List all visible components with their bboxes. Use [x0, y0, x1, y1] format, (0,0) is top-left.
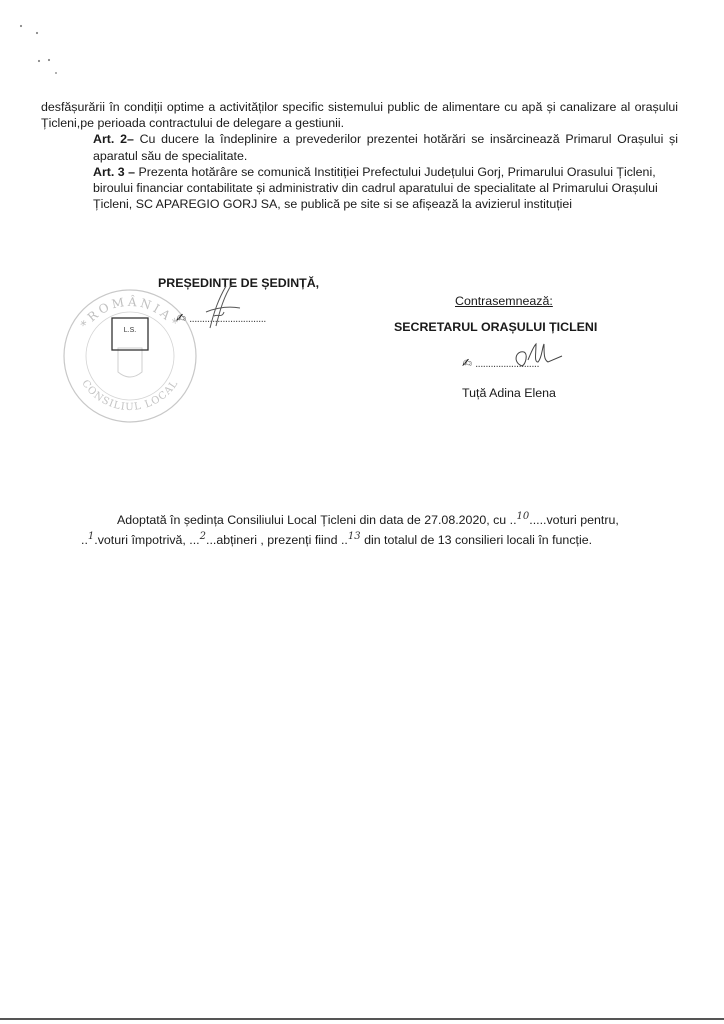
adoption-text: Adoptată în ședința Consiliului Local Ți…	[117, 513, 517, 527]
votes-against: 1	[88, 531, 94, 542]
article-3-label: Art. 3 –	[93, 165, 135, 179]
votes-for: 10	[517, 511, 530, 522]
adoption-text: din totalul de 13 consilieri locali în f…	[361, 533, 592, 547]
official-stamp: *ROMÂNIA* CONSILIUL LOCAL L.S.	[60, 286, 200, 426]
resolution-body: desfășurării în condiții optime a activi…	[41, 99, 678, 212]
article-2-text: Cu ducere la îndeplinire a prevederilor …	[93, 132, 678, 162]
secretary-title: SECRETARUL ORAȘULUI ȚICLENI	[394, 320, 597, 334]
pen-icon: ✍	[176, 311, 186, 325]
secretary-name: Tuță Adina Elena	[462, 386, 556, 400]
scan-specks	[0, 0, 80, 90]
secretary-signature-scribble	[508, 340, 564, 370]
present-count: 13	[348, 531, 361, 542]
svg-text:CONSILIUL LOCAL: CONSILIUL LOCAL	[79, 378, 180, 413]
abstentions: 2	[200, 531, 206, 542]
adoption-text: .voturi împotrivă, ...	[94, 533, 199, 547]
adoption-text: ...abțineri , prezenți fiind ..	[206, 533, 348, 547]
countersign-label: Contrasemnează:	[455, 294, 553, 308]
paragraph-continuation: desfășurării în condiții optime a activi…	[41, 99, 678, 131]
president-signature-scribble	[188, 282, 248, 332]
article-2-label: Art. 2–	[93, 132, 134, 146]
article-3: Art. 3 – Prezenta hotărâre se comunică I…	[41, 164, 678, 213]
ls-label: L.S.	[124, 327, 137, 334]
pen-icon: ✍	[462, 356, 472, 370]
article-2: Art. 2– Cu ducere la îndeplinire a preve…	[41, 131, 678, 163]
article-3-text: Prezenta hotărâre se comunică Institiție…	[93, 165, 658, 211]
adoption-statement: Adoptată în ședința Consiliului Local Ți…	[81, 511, 681, 551]
adoption-text: ..	[81, 533, 88, 547]
adoption-text: .....voturi pentru,	[529, 513, 619, 527]
footer-rule	[0, 1018, 724, 1020]
svg-text:*ROMÂNIA*: *ROMÂNIA*	[78, 294, 183, 332]
